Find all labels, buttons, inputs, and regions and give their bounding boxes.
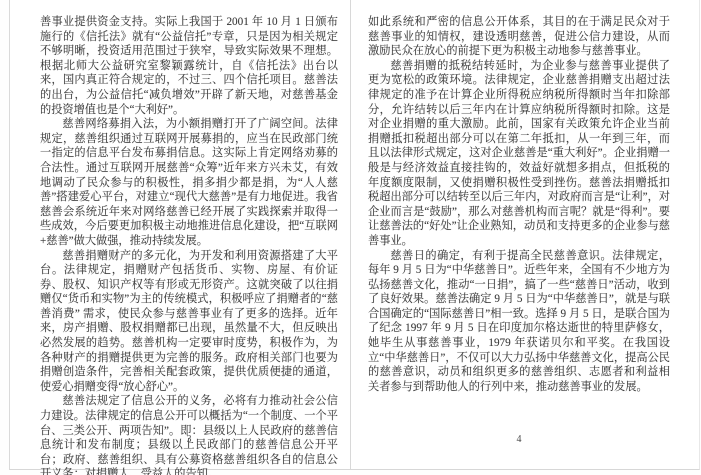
- paragraph: 善事业提供资金支持。实际上我国于 2001 年 10 月 1 日颁布施行的《信托…: [40, 15, 338, 117]
- paragraph: 慈善网络募捐入法，为小额捐赠打开了广阔空间。法律规定，慈善组织通过互联网开展募捐…: [40, 117, 338, 248]
- book-spread: 善事业提供资金支持。实际上我国于 2001 年 10 月 1 日颁布施行的《信托…: [0, 0, 701, 475]
- paragraph: 慈善捐赠的抵税结转延时，为企业参与慈善事业提供了更为宽松的政策环境。法律规定，企…: [368, 59, 670, 249]
- page-number-left: 3: [40, 434, 338, 445]
- page-left: 善事业提供资金支持。实际上我国于 2001 年 10 月 1 日颁布施行的《信托…: [9, 0, 350, 470]
- left-page-text: 善事业提供资金支持。实际上我国于 2001 年 10 月 1 日颁布施行的《信托…: [40, 15, 338, 475]
- page-right: 如此系统和严密的信息公开体系，其目的在于满足民众对于慈善事业的知情权，建设透明慈…: [350, 0, 700, 470]
- paragraph: 慈善捐赠财产的多元化，为开发和利用资源搭建了大平台。法律规定，捐赠财产包括货币、…: [40, 249, 338, 395]
- paragraph: 如此系统和严密的信息公开体系，其目的在于满足民众对于慈善事业的知情权，建设透明慈…: [368, 15, 670, 59]
- right-page-text: 如此系统和严密的信息公开体系，其目的在于满足民众对于慈善事业的知情权，建设透明慈…: [368, 15, 670, 394]
- paragraph: 慈善日的确定，有利于提高全民慈善意识。法律规定，每年 9 月 5 日为“中华慈善…: [368, 249, 670, 395]
- page-number-right: 4: [368, 434, 670, 445]
